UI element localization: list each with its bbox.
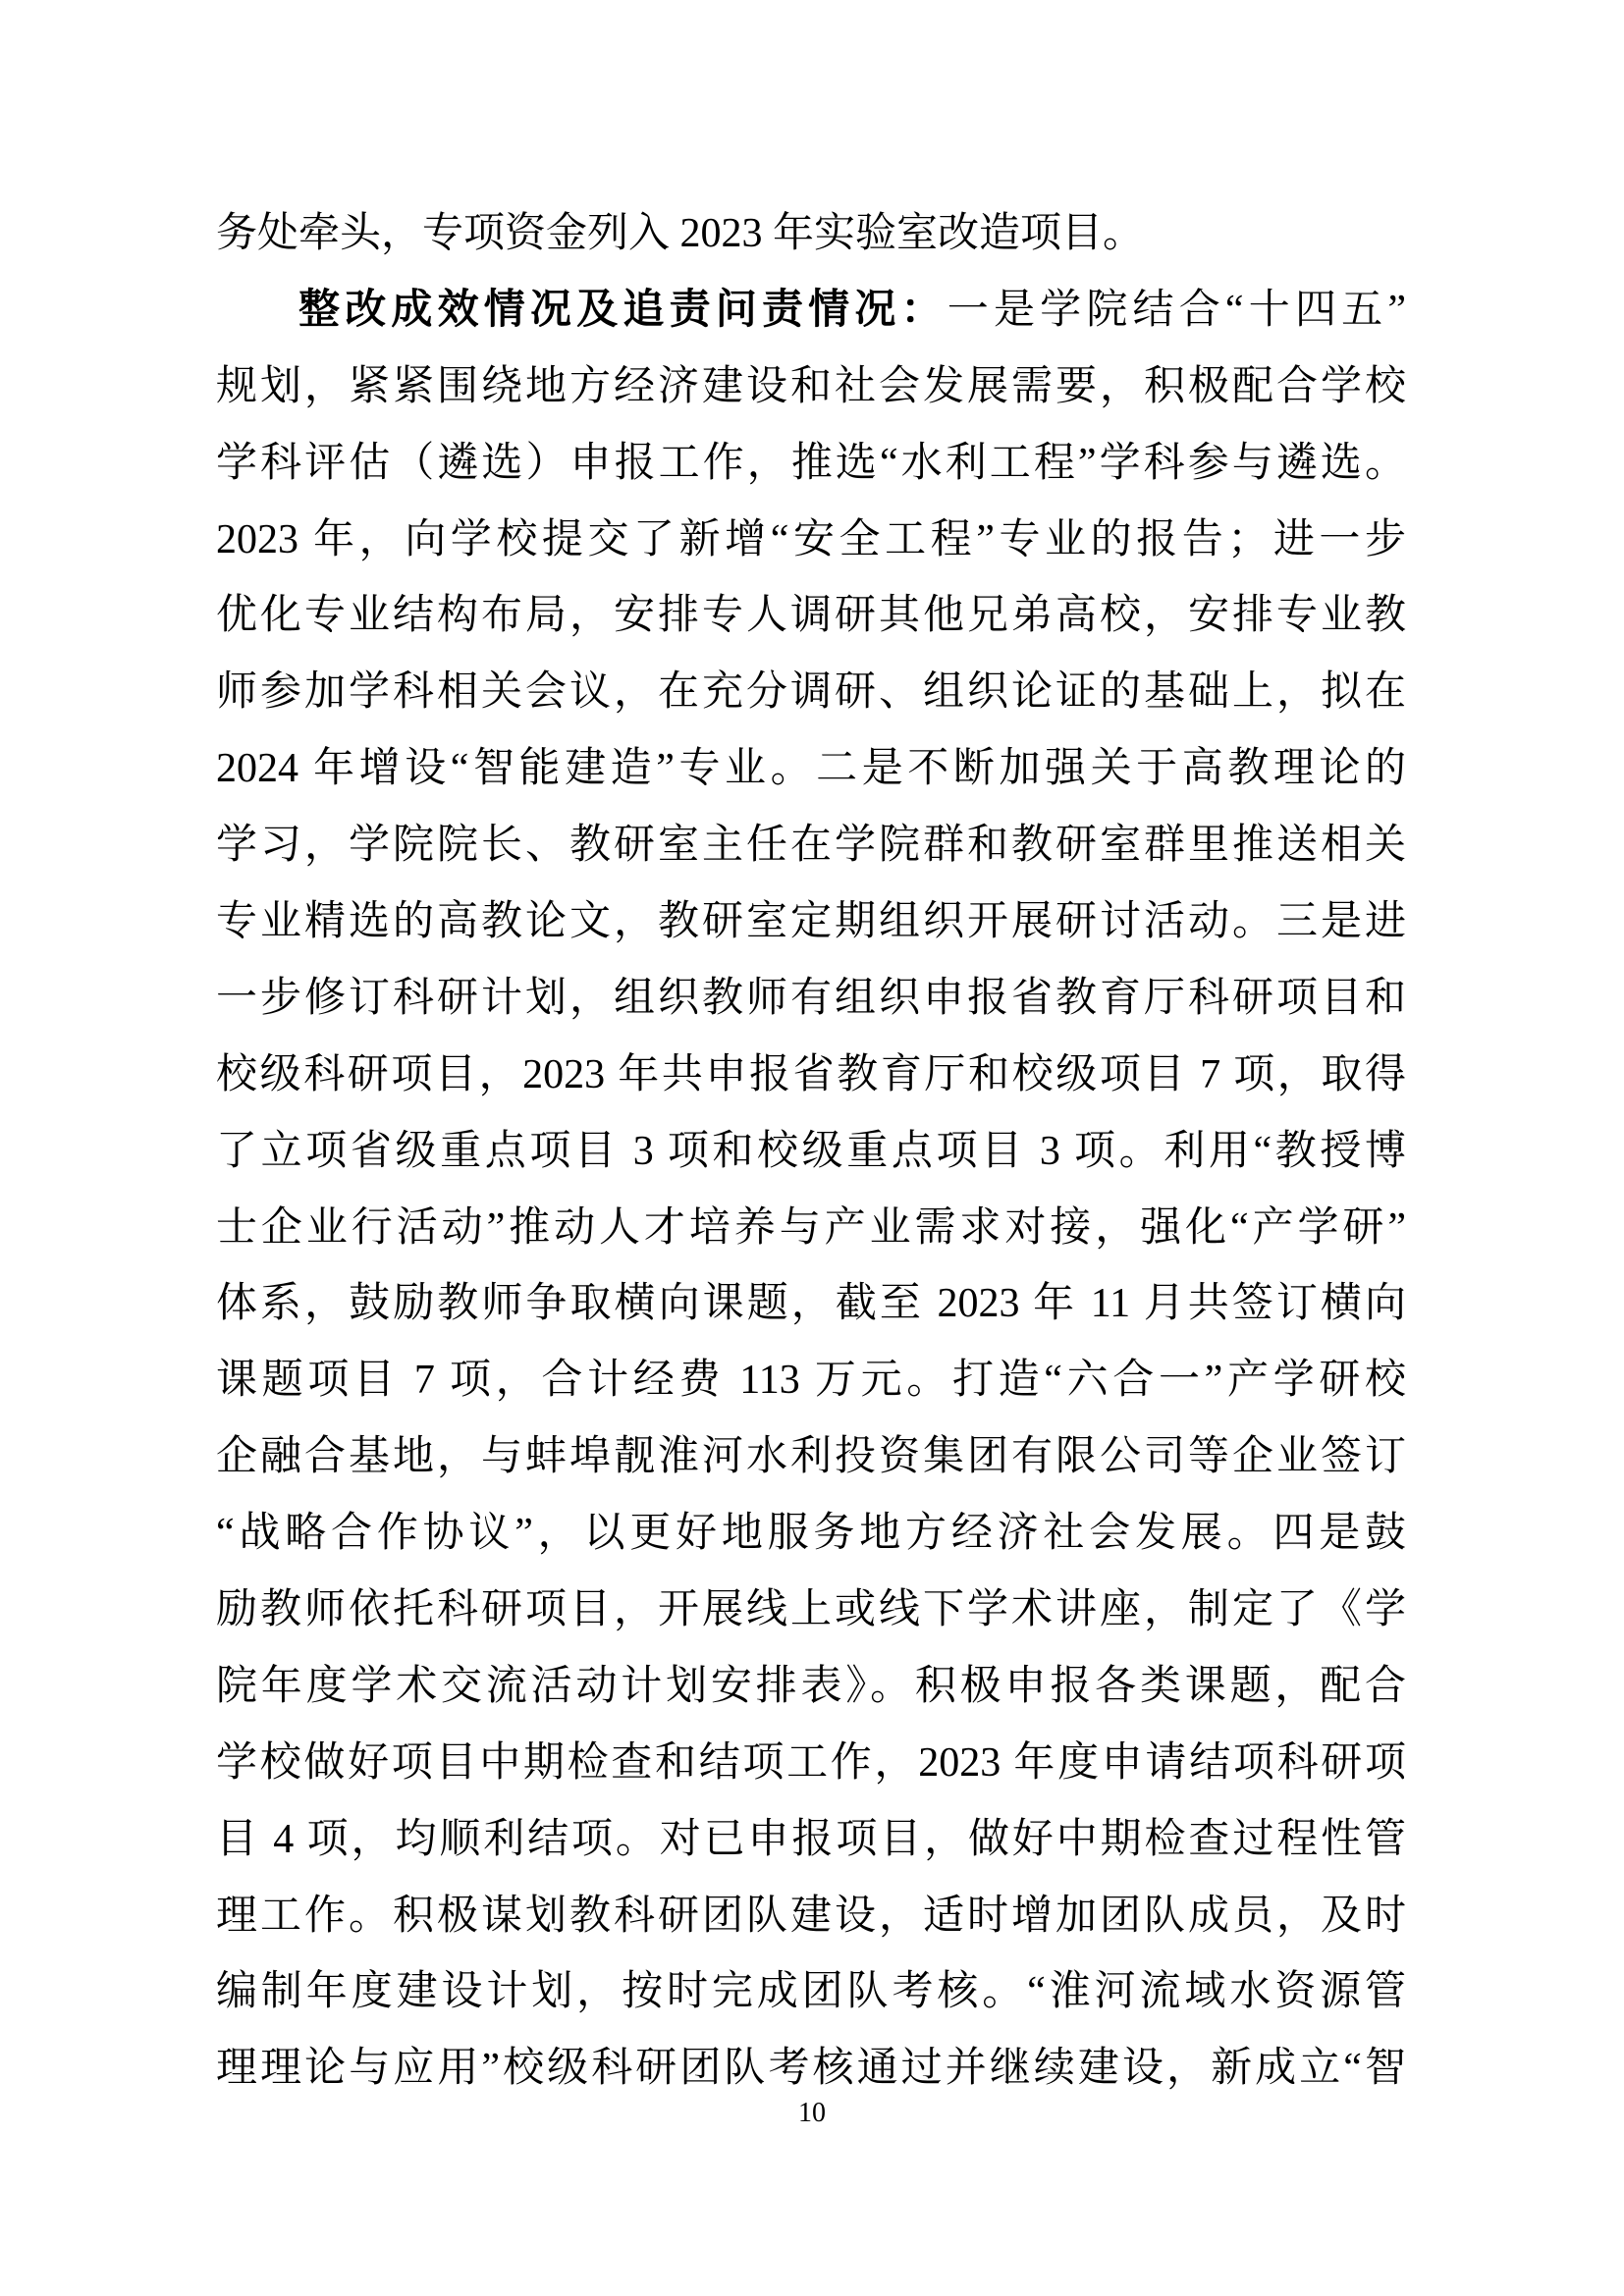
text-line: 2024 年增设“智能建造”专业。二是不断加强关于高教理论的 xyxy=(216,731,1406,808)
text-line: 学习，学院院长、教研室主任在学院群和教研室群里推送相关 xyxy=(216,808,1406,884)
text-line: 2023 年，向学校提交了新增“安全工程”专业的报告；进一步 xyxy=(216,503,1406,579)
document-page: 务处牵头，专项资金列入 2023 年实验室改造项目。整改成效情况及追责问责情况：… xyxy=(0,0,1624,2296)
text-line: 体系，鼓励教师争取横向课题，截至 2023 年 11 月共签订横向 xyxy=(216,1266,1406,1343)
text-line: 学校做好项目中期检查和结项工作，2023 年度申请结项科研项 xyxy=(216,1726,1406,1802)
bold-heading: 整改成效情况及追责问责情况： xyxy=(298,288,947,333)
text-block: 务处牵头，专项资金列入 2023 年实验室改造项目。整改成效情况及追责问责情况：… xyxy=(216,196,1406,2108)
text-line: 企融合基地，与蚌埠靓淮河水利投资集团有限公司等企业签订 xyxy=(216,1419,1406,1496)
text-line: 理工作。积极谋划教科研团队建设，适时增加团队成员，及时 xyxy=(216,1879,1406,1955)
text-line: 优化专业结构布局，安排专人调研其他兄弟高校，安排专业教 xyxy=(216,578,1406,655)
text-line: 专业精选的高教论文，教研室定期组织开展研讨活动。三是进 xyxy=(216,884,1406,961)
text-line: 了立项省级重点项目 3 项和校级重点项目 3 项。利用“教授博 xyxy=(216,1114,1406,1191)
text-line: 整改成效情况及追责问责情况：一是学院结合“十四五” xyxy=(216,273,1406,349)
text-line: 士企业行活动”推动人才培养与产业需求对接，强化“产学研” xyxy=(216,1191,1406,1267)
text-line: 院年度学术交流活动计划安排表》。积极申报各类课题，配合 xyxy=(216,1649,1406,1726)
text-line: 一步修订科研计划，组织教师有组织申报省教育厅科研项目和 xyxy=(216,961,1406,1038)
page-number: 10 xyxy=(0,2097,1624,2130)
text-line: 师参加学科相关会议，在充分调研、组织论证的基础上，拟在 xyxy=(216,655,1406,731)
text-line: 课题项目 7 项，合计经费 113 万元。打造“六合一”产学研校 xyxy=(216,1343,1406,1419)
text-line: 学科评估（遴选）申报工作，推选“水利工程”学科参与遴选。 xyxy=(216,426,1406,503)
text-line: 务处牵头，专项资金列入 2023 年实验室改造项目。 xyxy=(216,196,1406,273)
text-line: 规划，紧紧围绕地方经济建设和社会发展需要，积极配合学校 xyxy=(216,349,1406,426)
text-line: 目 4 项，均顺利结项。对已申报项目，做好中期检查过程性管 xyxy=(216,1802,1406,1879)
text-line: 编制年度建设计划，按时完成团队考核。“淮河流域水资源管 xyxy=(216,1954,1406,2031)
text-line: 励教师依托科研项目，开展线上或线下学术讲座，制定了《学 xyxy=(216,1573,1406,1649)
text-line: 校级科研项目，2023 年共申报省教育厅和校级项目 7 项，取得 xyxy=(216,1038,1406,1114)
text-line: “战略合作协议”，以更好地服务地方经济社会发展。四是鼓 xyxy=(216,1496,1406,1573)
